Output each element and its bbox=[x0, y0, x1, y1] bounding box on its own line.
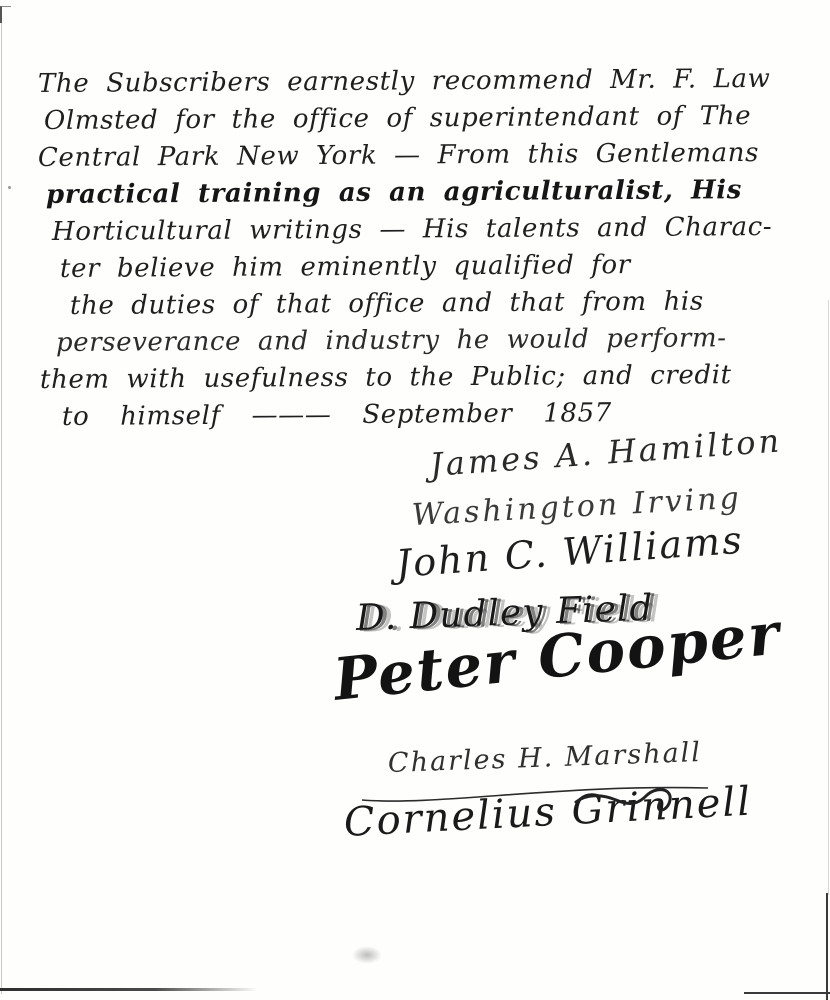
letter-line: the duties of that office and that from … bbox=[70, 283, 816, 325]
letter-line: Horticultural writings — His talents and… bbox=[52, 209, 816, 251]
letter-line: practical training as an agriculturalist… bbox=[46, 172, 816, 214]
scan-edge-bottom bbox=[0, 988, 258, 991]
signature-paraph-flourish-icon bbox=[572, 778, 682, 822]
scan-edge-right-faint bbox=[828, 300, 829, 895]
scan-corner-mark bbox=[0, 6, 11, 23]
scan-smudge bbox=[352, 946, 382, 964]
letter-line: ter believe him eminently qualified for bbox=[60, 246, 816, 288]
signature-charles-h-marshall: Charles H. Marshall bbox=[387, 737, 702, 779]
letter-line: Central Park New York — From this Gentle… bbox=[38, 135, 816, 177]
letter-line: Olmsted for the office of superintendant… bbox=[44, 98, 816, 140]
letter-line: perseverance and industry he would perfo… bbox=[56, 320, 816, 362]
scan-edge-bottom-right bbox=[744, 992, 830, 994]
scanned-letter-page: The Subscribers earnestly recommend Mr. … bbox=[0, 0, 830, 1000]
letter-line: The Subscribers earnestly recommend Mr. … bbox=[38, 61, 816, 103]
letter-line: them with usefulness to the Public; and … bbox=[40, 357, 816, 399]
letter-body: The Subscribers earnestly recommend Mr. … bbox=[0, 66, 816, 436]
scan-edge-left bbox=[1, 8, 2, 994]
scan-edge-right bbox=[826, 893, 828, 1000]
scan-speck bbox=[8, 186, 11, 189]
